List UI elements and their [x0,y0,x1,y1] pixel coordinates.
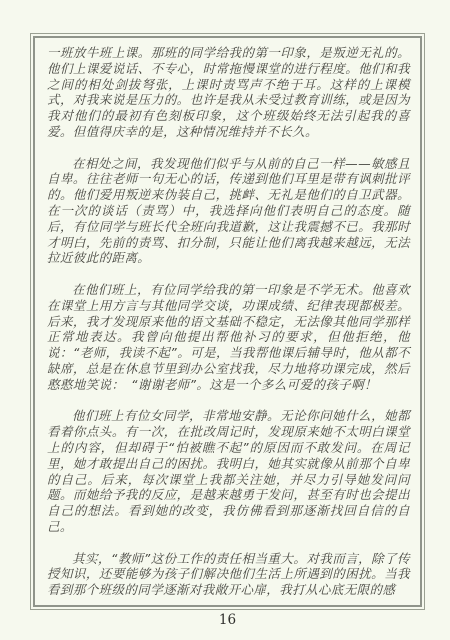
page-border: 一班放牛班上课。那班的同学给我的第一印象，是叛逆无礼的。他们上课爱说话、不专心，… [30,33,425,610]
paragraph-3: 在他们班上，有位同学给我的第一印象是不学无术。他喜欢在课堂上用方言与其他同学交谈… [47,282,410,393]
paragraph-2: 在相处之间，我发现他们似乎与从前的自己一样——敏感且自卑。往往老师一句无心的话，… [47,156,410,267]
paragraph-5: 其实，“教师”这份工作的责任相当重大。对我而言，除了传授知识，还要能够为孩子们解… [47,551,410,598]
page-text: 一班放牛班上课。那班的同学给我的第一印象，是叛逆无礼的。他们上课爱说话、不专心，… [47,45,410,598]
page-border-inner: 一班放牛班上课。那班的同学给我的第一印象，是叛逆无礼的。他们上课爱说话、不专心，… [33,36,422,607]
paragraph-1: 一班放牛班上课。那班的同学给我的第一印象，是叛逆无礼的。他们上课爱说话、不专心，… [47,45,410,140]
paragraph-4: 他们班上有位女同学，非常地安静。无论你问她什么，她都看着你点头。有一次，在批改周… [47,408,410,534]
page-number: 16 [30,612,425,628]
